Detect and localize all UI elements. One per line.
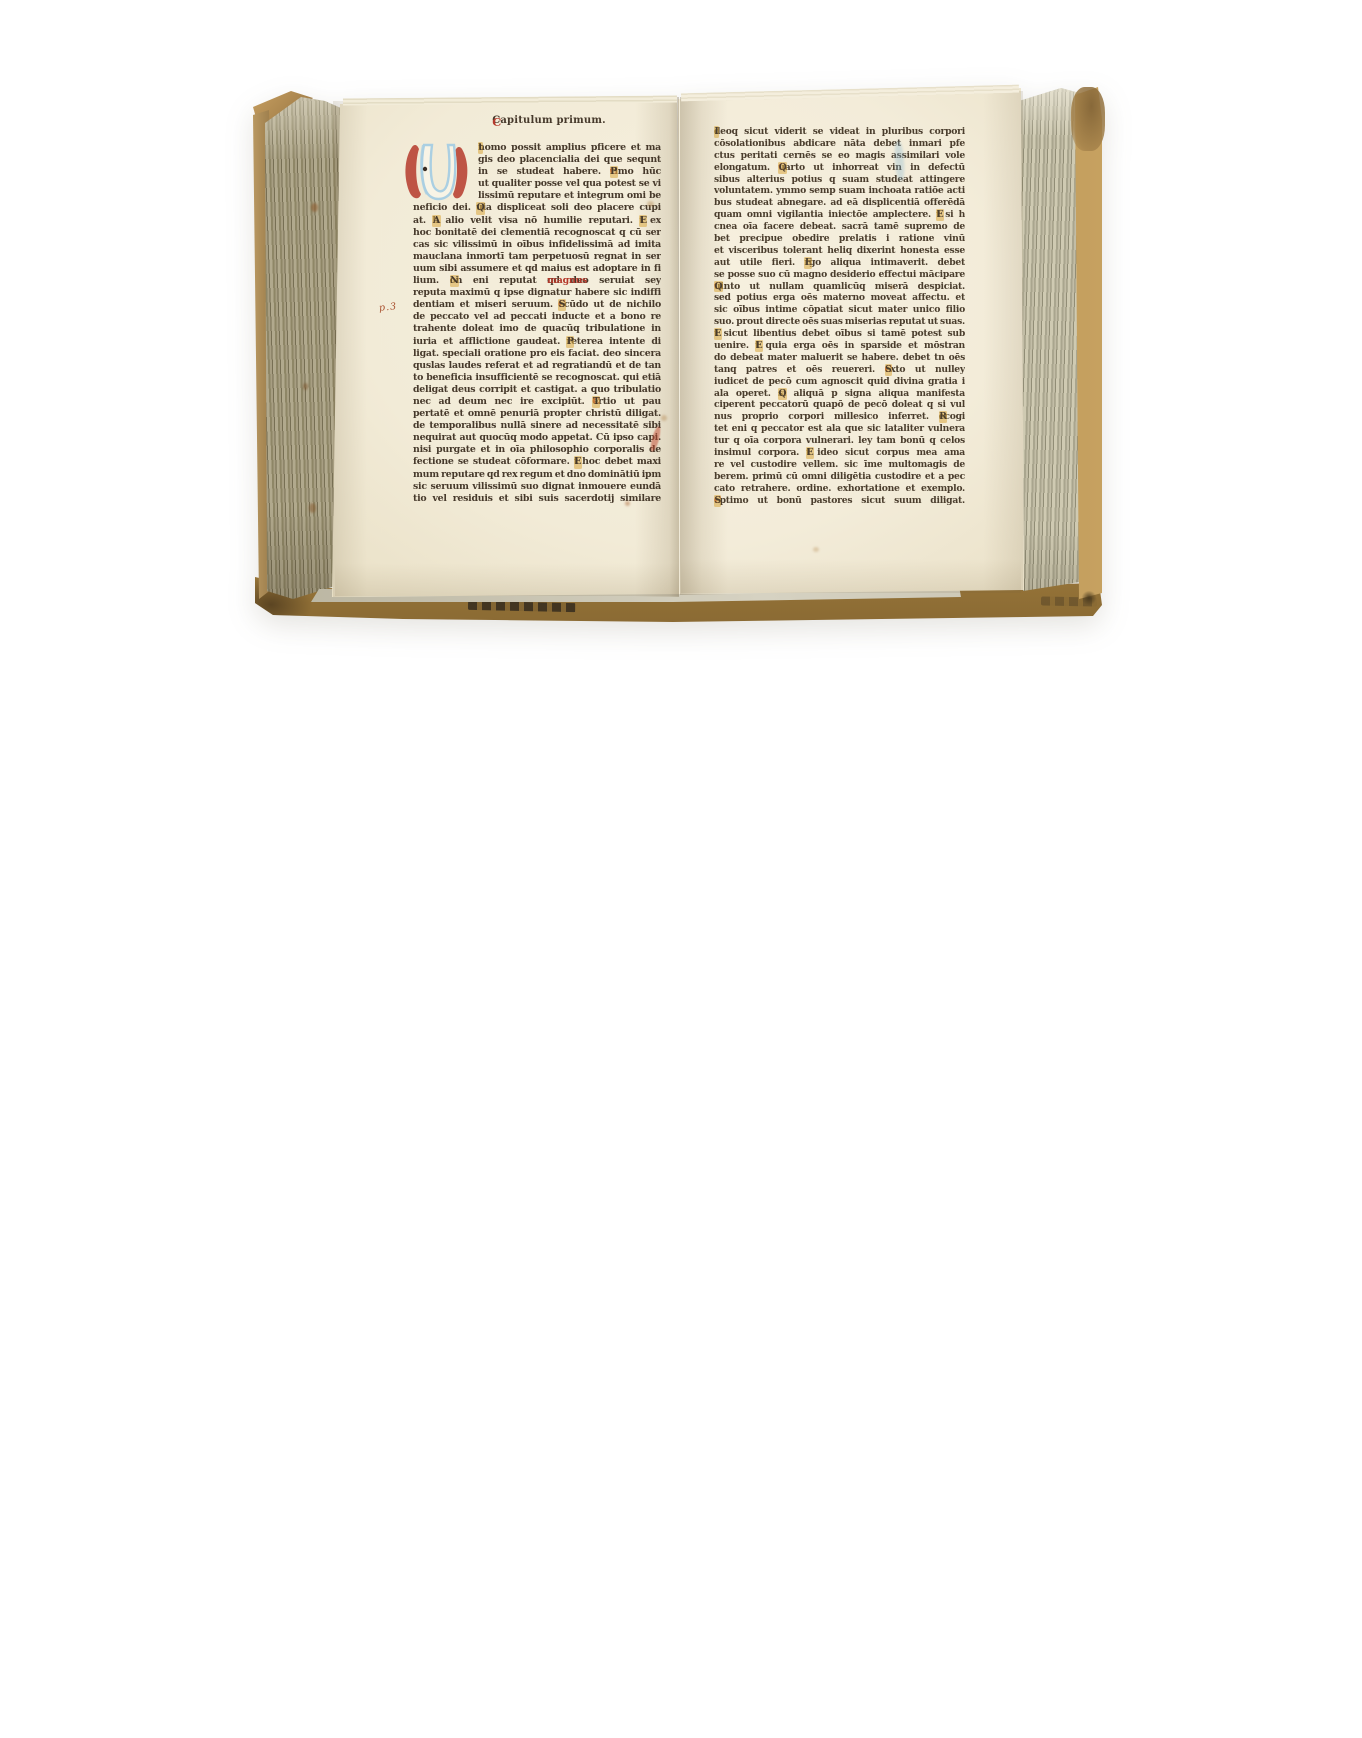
- text-line: deligat deus corripit et castigat. a quo…: [413, 384, 661, 396]
- right-page-text-block: Ideoq sicut viderit se videat in pluribu…: [714, 126, 965, 507]
- clasp-mark: [1081, 591, 1097, 605]
- text-line: ctus peritati cernēs se eo magis assimil…: [714, 150, 965, 162]
- text-line: t homo possit amplius pficere et ma: [478, 142, 661, 154]
- foxing-spot: [303, 383, 308, 390]
- text-line: ligat. speciali oratione pro eis faciat.…: [413, 348, 661, 360]
- text-line: tet eni q peccator est ala que sic latal…: [714, 423, 965, 435]
- text-line: dentiam et miseri seruum. C Secūdo ut de…: [413, 299, 661, 311]
- text-line: uenire. Et quia erga oēs in sparside et …: [714, 340, 965, 352]
- text-line: sic oībus intime cōpatiat sicut mater un…: [714, 304, 965, 316]
- foxing-spot: [813, 547, 819, 552]
- foxing-spot: [309, 503, 316, 513]
- text-line: neficio dei. Quia displiceat soli deo pl…: [413, 202, 661, 214]
- text-line: re vel custodire vellem. sic īme multoma…: [714, 459, 965, 471]
- marginal-annotation: p.3: [378, 301, 397, 314]
- text-line: insimul corpora. Et ideo sicut corpus me…: [714, 447, 965, 459]
- text-line: ut qualiter posse vel qua potest se vi: [478, 178, 661, 190]
- text-line: uum sibi assumere et qd maius est adopta…: [413, 263, 661, 275]
- text-line: mauclana inmortī tam perpetuosū regnat i…: [413, 251, 661, 263]
- text-line: hoc bonitatē dei clementiā recognoscat q…: [413, 227, 661, 239]
- text-line: sic seruum vilissimū suo dignat inmouere…: [413, 481, 661, 493]
- text-line: at. Ab alio velit visa nō humilie reputa…: [413, 215, 661, 227]
- text-line: lissimū reputare et integrum omi be: [478, 190, 661, 202]
- text-line: de temporalibus nullā sinere ad necessit…: [413, 420, 661, 432]
- text-line: iudicet de pecō cum agnoscit quid divina…: [714, 376, 965, 388]
- text-line: sibus alterius potius q suam studeat att…: [714, 174, 965, 186]
- text-line: voluntatem. ymmo semp suam inchoata rati…: [714, 185, 965, 197]
- text-line: Ideoq sicut viderit se videat in pluribu…: [714, 126, 965, 138]
- text-line: in se studeat habere. C Primo hūc: [478, 166, 661, 178]
- foxing-spot: [647, 201, 654, 207]
- foxing-spot: [311, 203, 318, 212]
- text-line: suo. prout directe oēs suas miserias rep…: [714, 316, 965, 328]
- text-line: et visceribus tolerant heliq dixerint ho…: [714, 245, 965, 257]
- text-line: do debeat mater maluerit se habere. debe…: [714, 352, 965, 364]
- text-line: pertatē et omnē penuriā propter christū …: [413, 408, 661, 420]
- text-line: tio vel residuis et sibi suis sacerdotij…: [413, 493, 661, 505]
- text-line: nus proprio corpori millesico inferret. …: [714, 411, 965, 423]
- text-line: cato retrahere. ordine. exhortatione et …: [714, 483, 965, 495]
- text-line: Et sicut libentius debet oībus si tamē p…: [714, 328, 965, 340]
- chapter-heading: C Capitulum primum.: [481, 115, 617, 129]
- text-line: gis deo placencialia dei que sequnt: [478, 154, 661, 166]
- text-line: de peccato vel ad peccati inducte et a b…: [413, 311, 661, 323]
- text-line: trahente doleat imo de quacūq tribulatio…: [413, 323, 661, 335]
- page-edge-shade: [681, 559, 1021, 593]
- photo-background: C Capitulum primum. t homo possit ampliu…: [0, 0, 1362, 1738]
- foxing-spot: [661, 415, 667, 421]
- text-line: C Septimo ut bonū pastores sicut suum di…: [714, 495, 965, 507]
- text-line: lium. Non eni reputat magnus qd deo seru…: [413, 275, 661, 287]
- text-line: reputa maximū q ipse dignatur habere sic…: [413, 287, 661, 299]
- text-line: ala operet. Q si aliquā p signa aliqua m…: [714, 388, 965, 400]
- text-line: nequirat aut quocūq modo appetat. Cū ips…: [413, 432, 661, 444]
- page-edge-shade: [333, 101, 367, 597]
- text-line: cnea oīa facere debeat. sacrā tamē supre…: [714, 221, 965, 233]
- text-line: sed potius erga oēs materno moveat affec…: [714, 292, 965, 304]
- open-book: C Capitulum primum. t homo possit ampliu…: [253, 85, 1102, 625]
- text-line: cas sic vilissimū in oībus infidelissimā…: [413, 239, 661, 251]
- text-line: fectione se studeat cōformare. Et hoc de…: [413, 456, 661, 468]
- text-line: se posse suo cū magno desiderio effectui…: [714, 269, 965, 281]
- text-line: aut utile fieri. Ergo aliqua intimaverit…: [714, 257, 965, 269]
- text-line: quam omni vigilantia iniectōe amplectere…: [714, 209, 965, 221]
- text-line: tanq patres et oēs reuereri. C Sexto ut …: [714, 364, 965, 376]
- foxing-spot: [625, 501, 630, 506]
- page-edge-shade: [983, 91, 1023, 591]
- text-line: nec ad deum nec ire excipiūt. C Tertio u…: [413, 396, 661, 408]
- text-line: bus studeat abnegare. ad eā displicentiā…: [714, 197, 965, 209]
- text-line: mum reputare qd rex regum et dno domināt…: [413, 469, 661, 481]
- text-line: iuria et afflictione gaudeat. Preterea i…: [413, 336, 661, 348]
- text-line: tur q oīa corpora vulnerari. ley tam bon…: [714, 435, 965, 447]
- text-line: elongatum. C Quarto ut inhorreat vin in …: [714, 162, 965, 174]
- text-line: C Quinto ut nullam quamlicūq miserā desp…: [714, 281, 965, 293]
- right-cover-corner: [1071, 87, 1105, 151]
- text-line: bet precipue obedire prelatis i ratione …: [714, 233, 965, 245]
- page-edge-shade: [335, 563, 679, 596]
- left-page-text-block: t homo possit amplius pficere et magis d…: [413, 142, 661, 505]
- foxing-spot: [889, 285, 894, 290]
- text-line: nisi purgate et in oīa philosophio corpo…: [413, 444, 661, 456]
- text-line: berem. primū cū omni diligētia custodire…: [714, 471, 965, 483]
- text-line: cōsolationibus abdicare nāta debet inmar…: [714, 138, 965, 150]
- text-line: to beneficia insufficientē se recognosca…: [413, 372, 661, 384]
- text-line: quslas laudes referat et ad regratiandū …: [413, 360, 661, 372]
- text-line: ciperent peccatorū quapō de pecō doleat …: [714, 399, 965, 411]
